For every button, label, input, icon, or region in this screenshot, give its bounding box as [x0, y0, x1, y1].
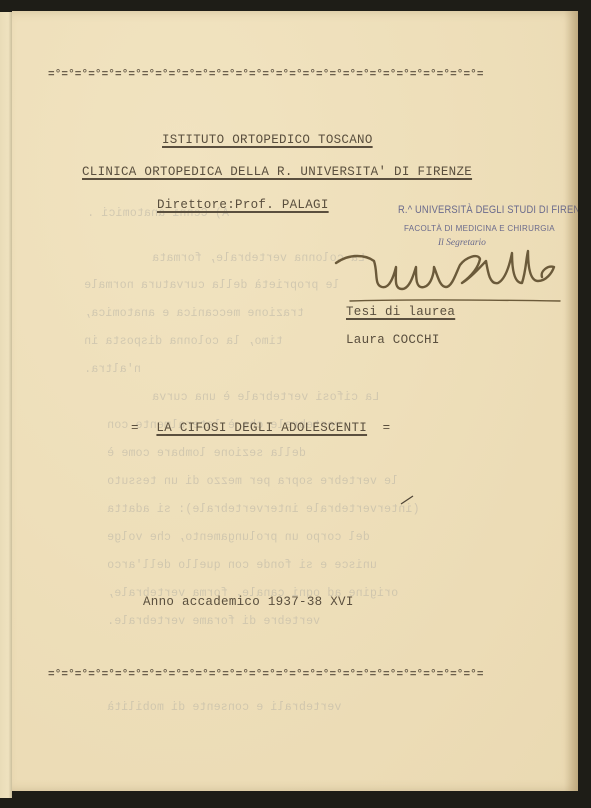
bleed-through-line: le vertebre sopra per mezzo di un tessut…: [107, 475, 398, 488]
document-page: A) Cenni anatomici . La colonna vertebra…: [12, 11, 578, 791]
bleed-through-line: (intervertebrale intervertebrale): si ad…: [107, 503, 419, 516]
bleed-through-line: trazione meccanica e anatomica,: [84, 307, 304, 320]
divider-bottom: =°=°=°=°=°=°=°=°=°=°=°=°=°=°=°=°=°=°=°=°…: [48, 669, 484, 681]
title-text: LA CIFOSI DEGLI ADOLESCENTI: [156, 421, 367, 435]
academic-year: Anno accademico 1937-38 XVI: [143, 595, 354, 609]
stamp-university: R.^ UNIVERSITÀ DEGLI STUDI DI FIRENZE: [398, 204, 578, 216]
title-prefix: =: [131, 421, 139, 435]
thesis-title: = LA CIFOSI DEGLI ADOLESCENTI =: [131, 418, 390, 436]
bleed-through-line: le proprietà della curvatura normale: [84, 279, 340, 292]
institute-name: ISTITUTO ORTOPEDICO TOSCANO: [162, 133, 373, 147]
bleed-through-line: La cifosi vertebrale è una curva: [152, 391, 379, 404]
bleed-through-line: del corpo un prolungamento, che volge: [107, 531, 370, 544]
title-suffix: =: [383, 421, 391, 435]
secretary-signature: [330, 243, 570, 313]
divider-top: =°=°=°=°=°=°=°=°=°=°=°=°=°=°=°=°=°=°=°=°…: [48, 69, 484, 81]
bleed-through-line: timo, la colonna disposta in: [84, 335, 283, 348]
stamp-faculty: FACOLTÀ DI MEDICINA E CHIRURGIA: [404, 224, 555, 233]
pen-mark: [400, 495, 414, 505]
previous-page-edge: [0, 12, 12, 798]
thesis-author: Laura COCCHI: [346, 333, 440, 347]
bleed-through-line: della sezione lombare come è: [107, 447, 306, 460]
bleed-through-line: unisce e si fonde con quello dell'arco: [107, 559, 377, 572]
director-line: Direttore:Prof. PALAGI: [157, 198, 329, 212]
clinic-name: CLINICA ORTOPEDICA DELLA R. UNIVERSITA' …: [82, 165, 472, 179]
bleed-through-line: n'altra.: [84, 363, 141, 376]
page-edge-shadow: [564, 11, 578, 791]
bleed-through-line: vertebre di forame vertebrale.: [107, 615, 320, 628]
thesis-label: Tesi di laurea: [346, 305, 455, 319]
bleed-through-line: vertebrali e consente di mobilità: [107, 701, 341, 714]
